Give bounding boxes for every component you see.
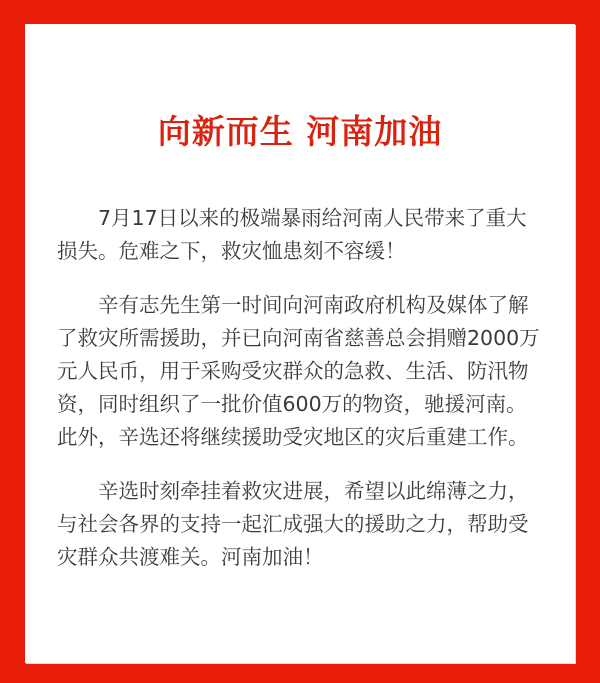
paragraph-2: 辛有志先生第一时间向河南政府机构及媒体了解了救灾所需援助，并已向河南省慈善总会捐…	[57, 289, 545, 454]
announcement-card: 向新而生 河南加油 7月17日以来的极端暴雨给河南人民带来了重大损失。危难之下，…	[25, 24, 575, 663]
announcement-body: 7月17日以来的极端暴雨给河南人民带来了重大损失。危难之下，救灾恤患刻不容缓！ …	[57, 202, 545, 595]
paragraph-1: 7月17日以来的极端暴雨给河南人民带来了重大损失。危难之下，救灾恤患刻不容缓！	[57, 202, 545, 268]
paragraph-3: 辛选时刻牵挂着救灾进展，希望以此绵薄之力，与社会各界的支持一起汇成强大的援助之力…	[57, 475, 545, 574]
page-title: 向新而生 河南加油	[25, 106, 575, 153]
